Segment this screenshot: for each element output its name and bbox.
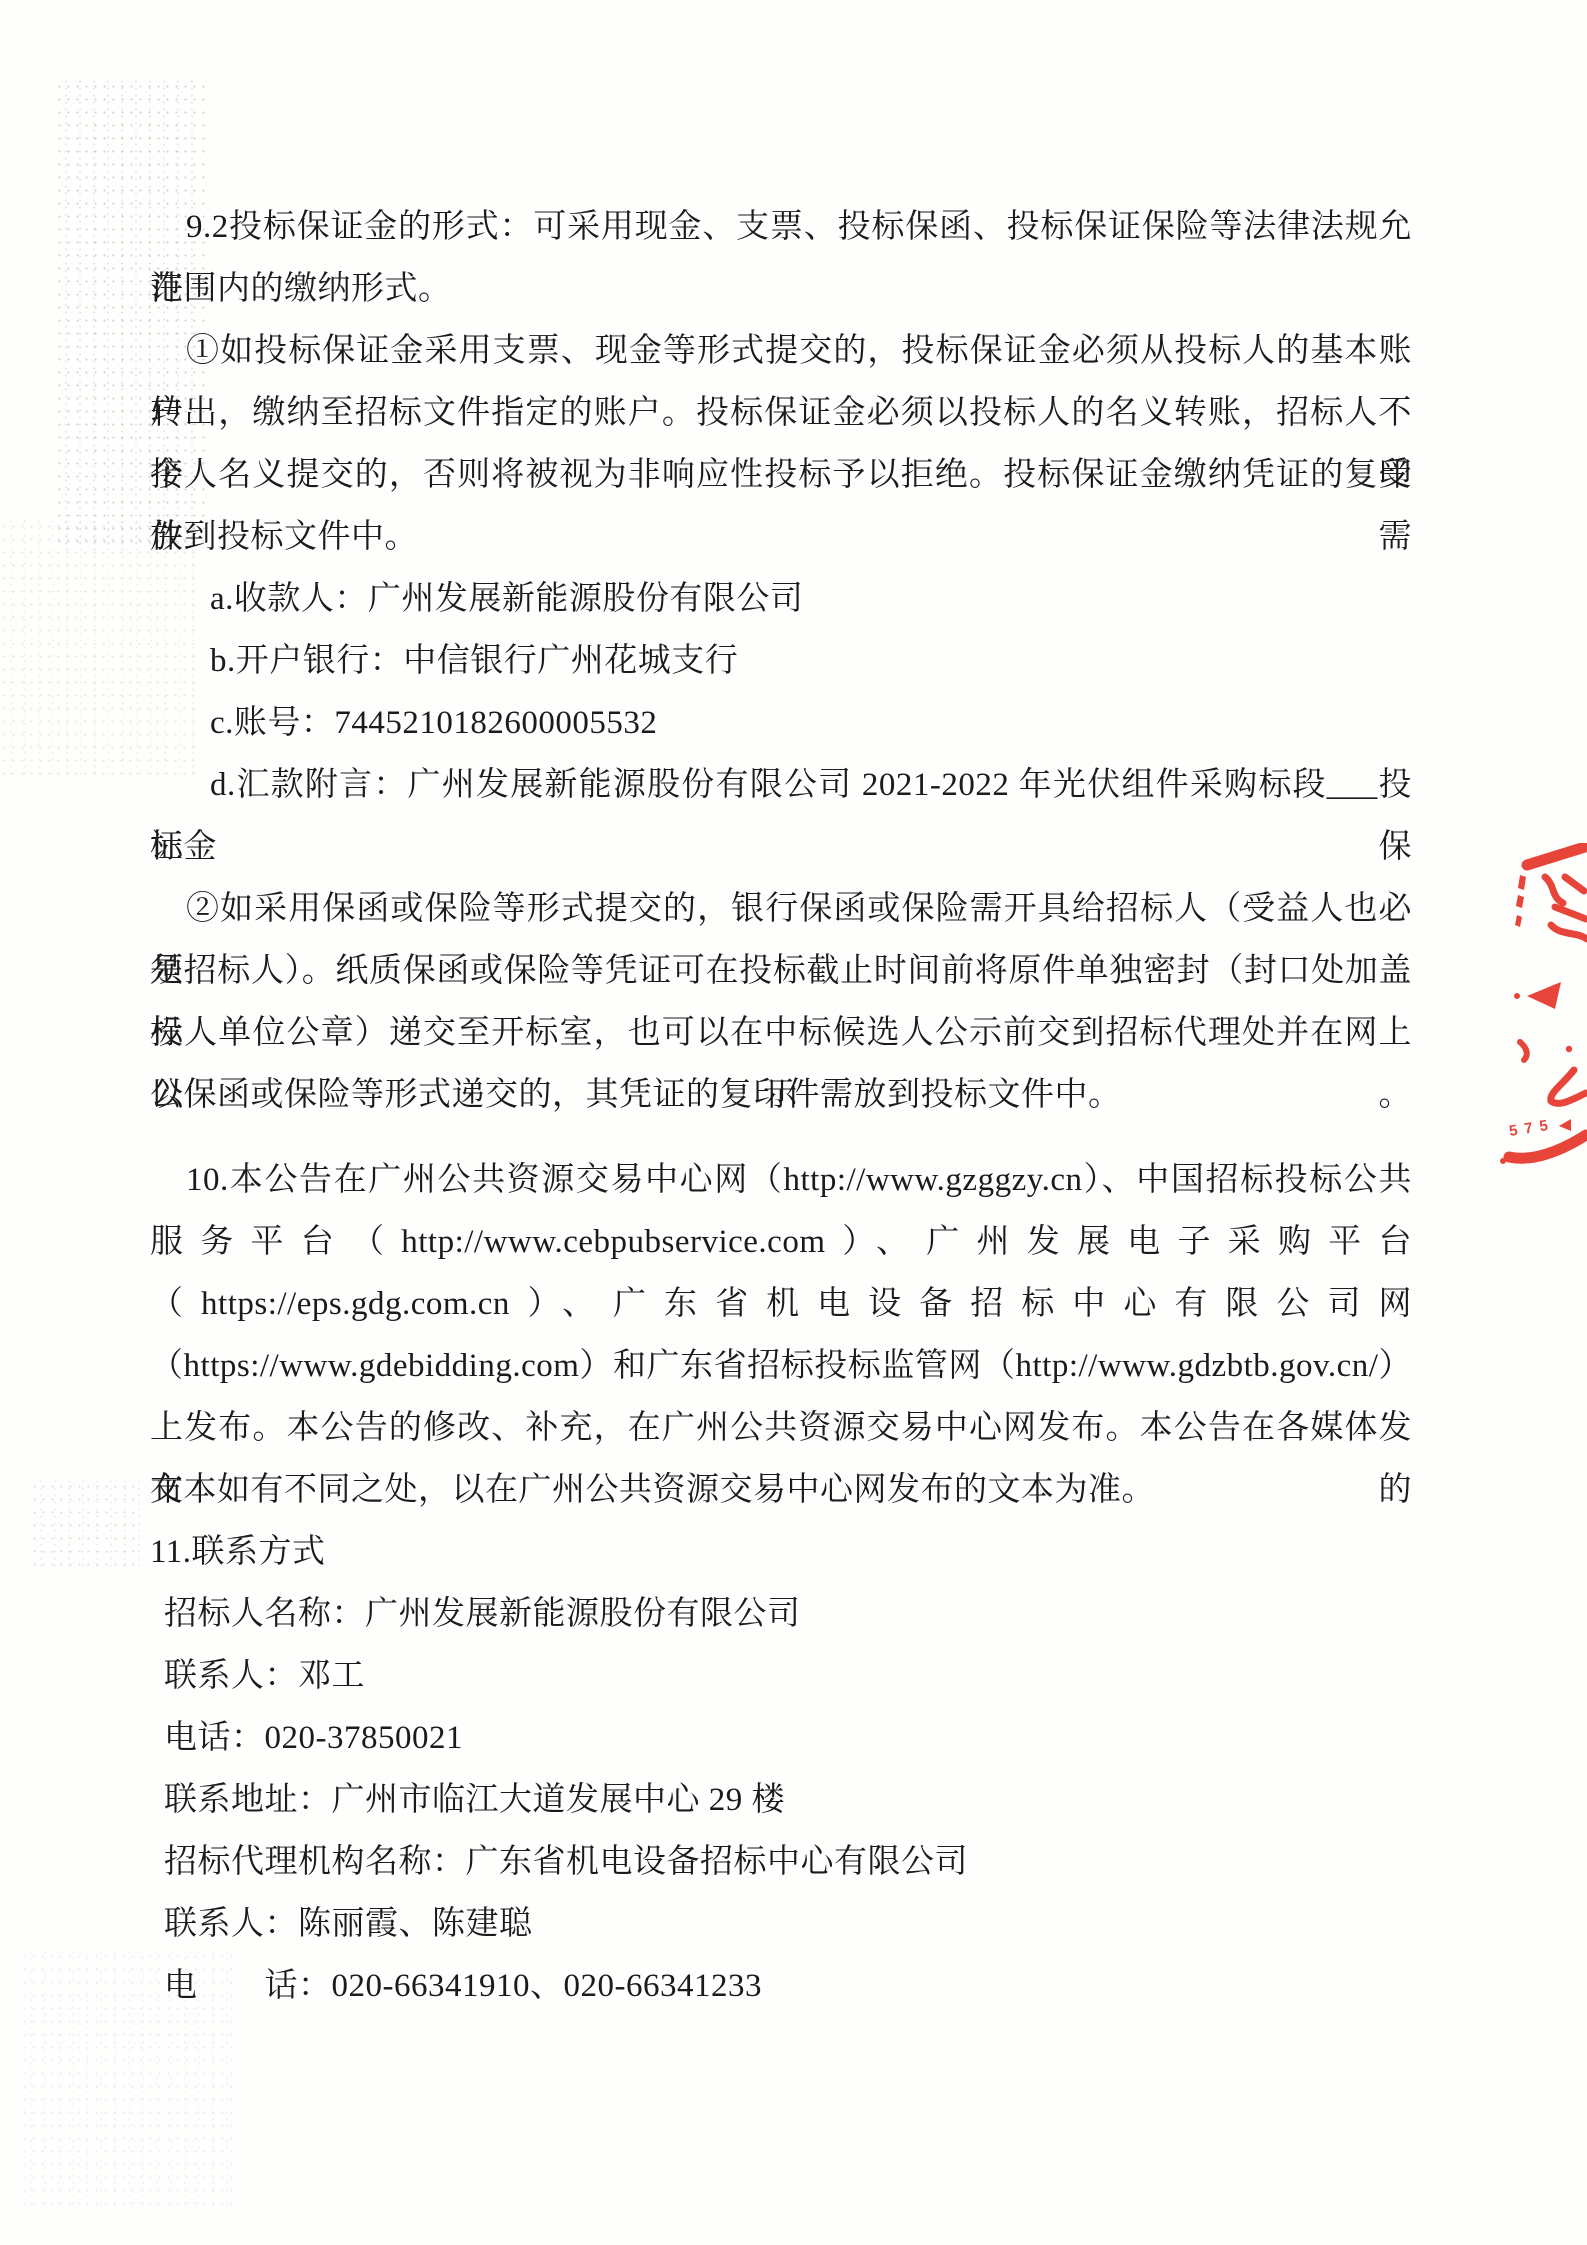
contact-heading: 11.联系方式 <box>150 1521 1412 1583</box>
section-contact: 11.联系方式 招标人名称：广州发展新能源股份有限公司 联系人：邓工 电话：02… <box>150 1521 1412 2017</box>
list-item-bank: b.开户银行：中信银行广州花城支行 <box>150 630 1412 692</box>
contact-tenderer-name: 招标人名称：广州发展新能源股份有限公司 <box>150 1583 1412 1645</box>
doc-line: ②如采用保函或保险等形式提交的，银行保函或保险需开具给招标人（受益人也必须 <box>150 878 1412 940</box>
list-item-payee: a.收款人：广州发展新能源股份有限公司 <box>150 568 1412 630</box>
scan-noise <box>30 1480 140 1570</box>
contact-agency-name: 招标代理机构名称：广东省机电设备招标中心有限公司 <box>150 1831 1412 1893</box>
paragraph-guarantee: ②如采用保函或保险等形式提交的，银行保函或保险需开具给招标人（受益人也必须 是招… <box>150 878 1412 1126</box>
list-bank-details: a.收款人：广州发展新能源股份有限公司 b.开户银行：中信银行广州花城支行 c.… <box>150 568 1412 878</box>
stamp-digits: 575 <box>1508 1116 1556 1140</box>
document-body: 9.2投标保证金的形式：可采用现金、支票、投标保函、投标保证保险等法律法规允许 … <box>150 196 1412 2017</box>
contact-person: 联系人：邓工 <box>150 1645 1412 1707</box>
doc-line: （https://eps.gdg.com.cn）、广东省机电设备招标中心有限公司… <box>150 1273 1412 1335</box>
doc-line: 10.本公告在广州公共资源交易中心网（http://www.gzggzy.cn）… <box>150 1149 1412 1211</box>
contact-phone: 电话：020-37850021 <box>150 1707 1412 1769</box>
paragraph-announcement: 10.本公告在广州公共资源交易中心网（http://www.gzggzy.cn）… <box>150 1149 1412 1521</box>
contact-agency-phone: 电 话：020-66341910、020-66341233 <box>150 1955 1412 2017</box>
red-stamp: 575 <box>1447 843 1587 1173</box>
doc-line: 服务平台（http://www.cebpubservice.com）、广州发展电… <box>150 1211 1412 1273</box>
doc-line: 范围内的缴纳形式。 <box>150 258 1412 320</box>
doc-line: ①如投标保证金采用支票、现金等形式提交的，投标保证金必须从投标人的基本账户 <box>150 320 1412 382</box>
doc-line: 9.2投标保证金的形式：可采用现金、支票、投标保函、投标保证保险等法律法规允许 <box>150 196 1412 258</box>
list-item-memo: d.汇款附言：广州发展新能源股份有限公司 2021-2022 年光伏组件采购标段… <box>150 754 1412 816</box>
paragraph-deposit-form: 9.2投标保证金的形式：可采用现金、支票、投标保函、投标保证保险等法律法规允许 … <box>150 196 1412 320</box>
list-item-account: c.账号：7445210182600005532 <box>150 692 1412 754</box>
doc-line: 是招标人）。纸质保函或保险等凭证可在投标截止时间前将原件单独密封（封口处加盖投 <box>150 940 1412 1002</box>
red-stamp-fragment: 575 <box>1447 843 1587 1173</box>
doc-line: 标人单位公章）递交至开标室，也可以在中标候选人公示前交到招标代理处并在网上公示。 <box>150 1002 1412 1064</box>
contact-address: 联系地址：广州市临江大道发展中心 29 楼 <box>150 1769 1412 1831</box>
paragraph-cash-payment: ①如投标保证金采用支票、现金等形式提交的，投标保证金必须从投标人的基本账户 转出… <box>150 320 1412 568</box>
doc-line: 上发布。本公告的修改、补充，在广州公共资源交易中心网发布。本公告在各媒体发布的 <box>150 1397 1412 1459</box>
scanned-page: 9.2投标保证金的形式：可采用现金、支票、投标保函、投标保证保险等法律法规允许 … <box>0 0 1587 2245</box>
doc-line: 个人名义提交的，否则将被视为非响应性投标予以拒绝。投标保证金缴纳凭证的复印件需 <box>150 444 1412 506</box>
doc-line: （https://www.gdebidding.com）和广东省招标投标监管网（… <box>150 1335 1412 1397</box>
contact-agency-person: 联系人：陈丽霞、陈建聪 <box>150 1893 1412 1955</box>
doc-line: 转出，缴纳至招标文件指定的账户。投标保证金必须以投标人的名义转账，招标人不接受 <box>150 382 1412 444</box>
